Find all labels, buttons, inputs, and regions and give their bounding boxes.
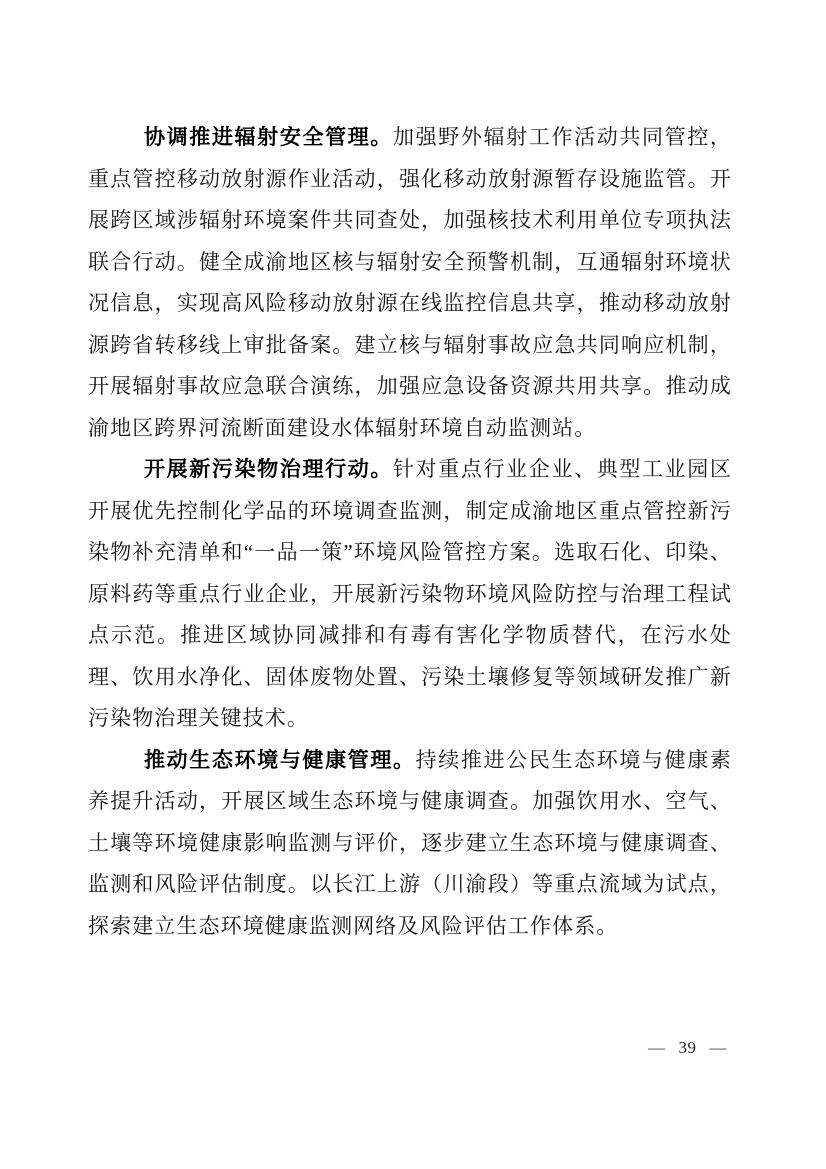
- page-number: 39: [679, 1038, 697, 1058]
- paragraph-lead: 开展新污染物治理行动。: [144, 458, 393, 481]
- paragraph-lead: 推动生态环境与健康管理。: [144, 749, 416, 772]
- footer-right-dash: —: [710, 1038, 728, 1058]
- page-footer: —39—: [0, 1038, 740, 1058]
- paragraph-new-pollutants: 开展新污染物治理行动。针对重点行业企业、典型工业园区开展优先控制化学品的环境调查…: [88, 449, 732, 740]
- footer-left-dash: —: [648, 1038, 666, 1058]
- paragraph-lead: 协调推进辐射安全管理。: [144, 126, 393, 149]
- document-body: 协调推进辐射安全管理。加强野外辐射工作活动共同管控，重点管控移动放射源作业活动，…: [88, 117, 732, 947]
- paragraph-text: 持续推进公民生态环境与健康素养提升活动，开展区域生态环境与健康调查。加强饮用水、…: [88, 748, 732, 938]
- paragraph-eco-health: 推动生态环境与健康管理。持续推进公民生态环境与健康素养提升活动，开展区域生态环境…: [88, 740, 732, 948]
- paragraph-radiation-safety: 协调推进辐射安全管理。加强野外辐射工作活动共同管控，重点管控移动放射源作业活动，…: [88, 117, 732, 449]
- paragraph-text: 加强野外辐射工作活动共同管控，重点管控移动放射源作业活动，强化移动放射源暂存设施…: [88, 125, 732, 440]
- paragraph-text: 针对重点行业企业、典型工业园区开展优先控制化学品的环境调查监测，制定成渝地区重点…: [88, 457, 732, 730]
- document-page: 协调推进辐射安全管理。加强野外辐射工作活动共同管控，重点管控移动放射源作业活动，…: [0, 0, 826, 1169]
